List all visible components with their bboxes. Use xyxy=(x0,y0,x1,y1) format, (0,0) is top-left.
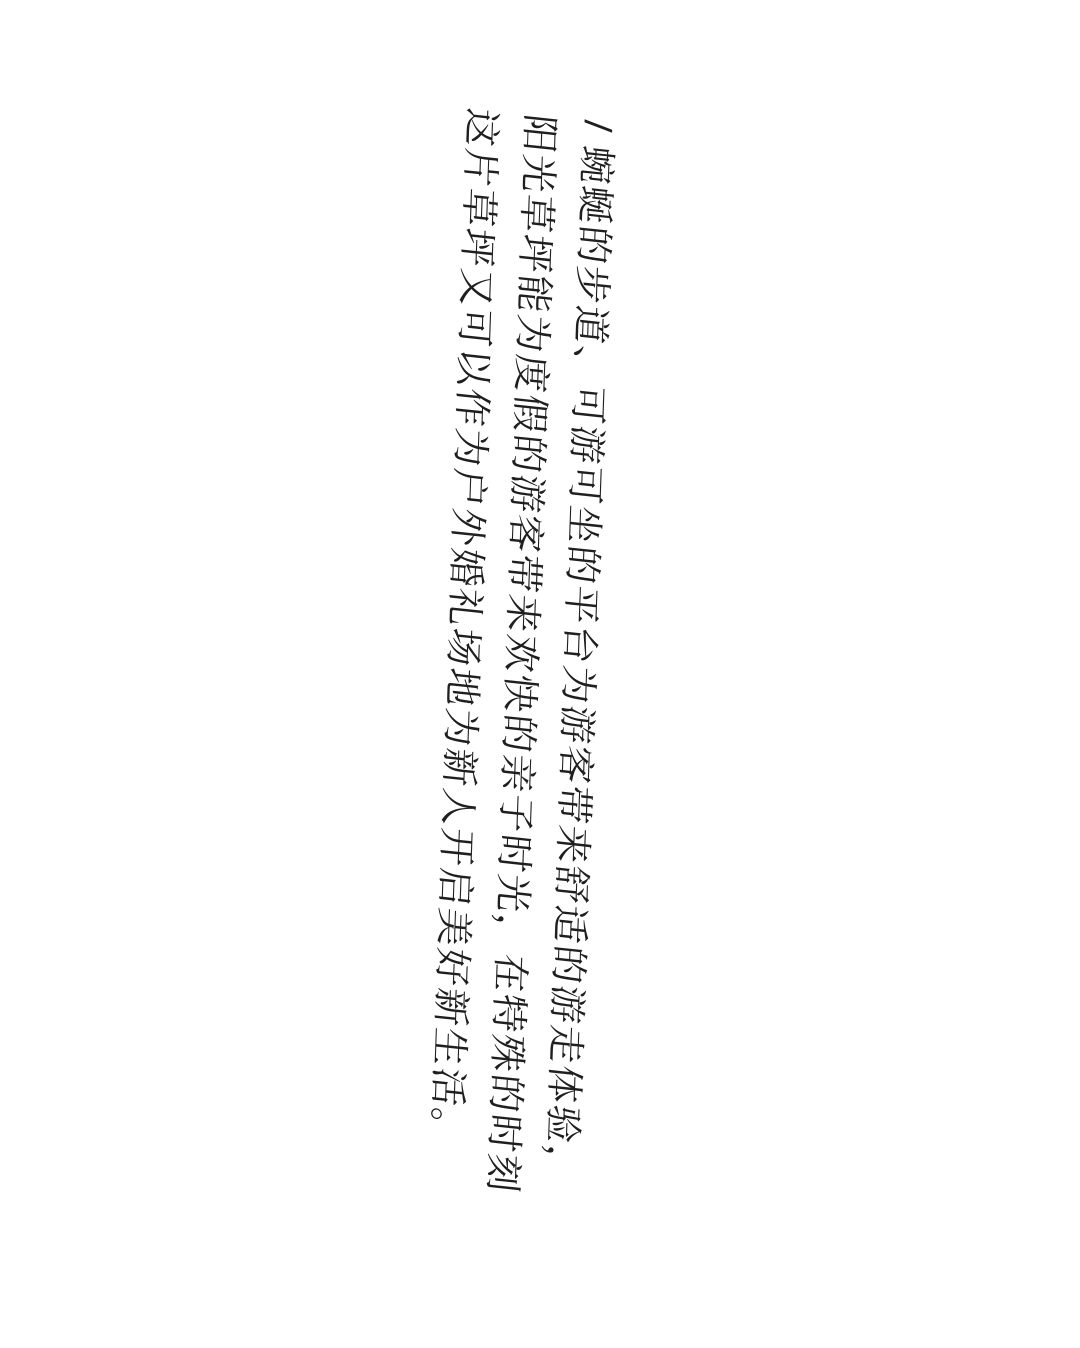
rotated-caption-block: / 蜿蜒的步道、可游可坐的平台为游客带来舒适的游走体验， 阳光草坪能为度假的游客… xyxy=(414,105,626,1163)
page-background: / 蜿蜒的步道、可游可坐的平台为游客带来舒适的游走体验， 阳光草坪能为度假的游客… xyxy=(0,0,1080,1348)
